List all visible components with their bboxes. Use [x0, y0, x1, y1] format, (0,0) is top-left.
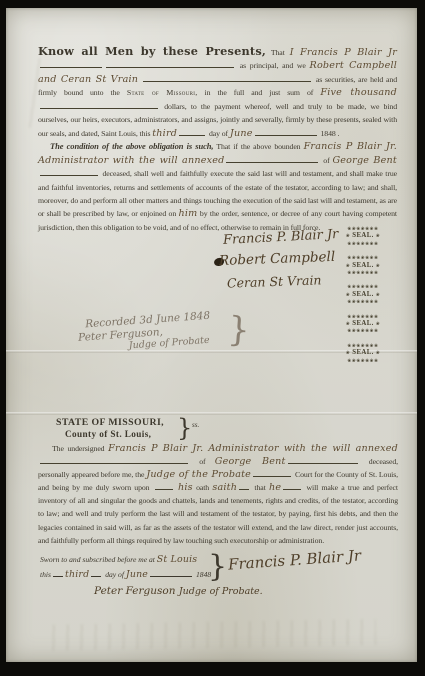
day-of-label: day of: [209, 129, 228, 138]
sworn-signature-francis-blair: Francis P. Blair Jr: [228, 546, 362, 573]
seal-ornament-icon: ❀: [376, 234, 380, 239]
officer-signature: Peter Ferguson Judge of Probate.: [94, 585, 263, 597]
blank-rule: [40, 457, 188, 464]
document-paper: Know all Men by these Presents, That I F…: [6, 8, 417, 662]
bounden-label: That if the above bounden: [216, 142, 300, 151]
that-label: That: [271, 48, 285, 57]
this-label: this: [40, 570, 51, 579]
his-handwriting: his: [178, 482, 193, 493]
seal-ornament-icon: ❀: [376, 322, 380, 327]
bond-paragraph: Know all Men by these Presents, That I F…: [38, 45, 397, 140]
blank-rule: [40, 102, 158, 109]
signature-robert-campbell: Robert Campbell: [214, 249, 336, 269]
blank-rule: [155, 484, 173, 491]
seal-label: SEAL.: [352, 262, 373, 269]
blank-rule: [40, 169, 98, 176]
deceased-name-handwriting: George Bent: [215, 456, 286, 467]
of-label: of: [323, 156, 329, 165]
seal: ❀❀❀❀❀❀❀ ❀ SEAL. ❀ ❀❀❀❀❀❀❀: [344, 285, 382, 305]
recorded-note: Recorded 3d June 1848 Peter Ferguson, Ju…: [85, 310, 212, 356]
ink-showthrough: [46, 619, 376, 651]
seal-ornament-icon: ❀: [346, 293, 350, 298]
appeared-label: personally appeared before me, the: [38, 470, 144, 479]
place-handwriting: St Louis: [157, 554, 198, 565]
seal-ornament-row: ❀❀❀❀❀❀❀: [344, 271, 382, 276]
dollars-label: dollars,: [164, 102, 186, 111]
deceased-label: deceased,: [369, 457, 398, 466]
blank-rule: [91, 570, 101, 576]
seal-label: SEAL.: [352, 232, 373, 239]
seal-ornament-row: ❀❀❀❀❀❀❀: [344, 242, 382, 247]
undersigned-label: The undersigned: [52, 444, 104, 453]
seal-ornament-row: ❀❀❀❀❀❀❀: [344, 329, 382, 334]
sworn-before-label: Sworn to and subscribed before me at: [40, 555, 155, 564]
blank-rule: [106, 62, 234, 69]
seal-label: SEAL.: [352, 291, 373, 298]
blank-rule: [150, 570, 192, 576]
blank-rule: [283, 484, 301, 491]
blank-rule: [288, 457, 358, 464]
sum-handwriting: Five thousand: [320, 87, 397, 98]
blank-rule: [179, 129, 205, 136]
ss-abbreviation: ss.: [192, 421, 199, 429]
blank-rule: [53, 570, 63, 576]
state-heading: STATE OF MISSOURI,: [56, 417, 164, 429]
seal-ornament-icon: ❀: [346, 234, 350, 239]
sworn-day-handwriting: third: [65, 569, 89, 580]
officer-name-handwriting: Peter Ferguson: [94, 585, 176, 597]
seal-ornament-icon: ❀: [346, 351, 350, 356]
curly-brace: }: [227, 309, 251, 350]
condition-lead: The condition of the above obligation is…: [50, 141, 213, 151]
seal-ornament-row: ❀❀❀❀❀❀❀: [344, 359, 382, 364]
state-of-missouri-label: State of Missouri,: [127, 88, 198, 97]
seal-ornament-row: ❀❀❀❀❀❀❀: [344, 300, 382, 305]
saith-handwriting: saith: [212, 482, 237, 493]
fold-crease: [6, 412, 417, 415]
curly-brace: }: [177, 414, 192, 442]
month-handwriting: June: [230, 128, 253, 139]
blank-rule: [143, 75, 311, 82]
condition-paragraph: The condition of the above obligation is…: [38, 140, 397, 234]
day-handwriting: third: [152, 128, 177, 139]
principal-label: as principal, and we: [240, 61, 306, 70]
document-heading: Know all Men by these Presents,: [38, 44, 266, 58]
seal-ornament-icon: ❀: [376, 351, 380, 356]
blank-rule: [253, 471, 291, 478]
bond-section: Know all Men by these Presents, That I F…: [38, 45, 397, 234]
blank-rule: [239, 484, 249, 491]
him-handwriting: him: [179, 208, 198, 219]
seal-label: SEAL.: [352, 320, 373, 327]
court-name-handwriting: Judge of the Probate: [146, 469, 251, 480]
he-handwriting: he: [269, 482, 281, 493]
affidavit-paragraph: The undersigned Francis P Blair Jr. Admi…: [38, 442, 398, 547]
signature-ceran-st-vrain: Ceran St Vrain: [226, 272, 321, 290]
venue-heading: STATE OF MISSOURI, County of St. Louis,: [56, 417, 164, 440]
seal-column: ❀❀❀❀❀❀❀ ❀ SEAL. ❀ ❀❀❀❀❀❀❀ ❀❀❀❀❀❀❀ ❀ SEAL…: [344, 227, 382, 373]
county-heading: County of St. Louis,: [65, 429, 164, 441]
sum-label: in the full and just sum of: [205, 88, 314, 97]
sworn-day-of-label: day of: [105, 570, 124, 579]
year-label: 1848 .: [320, 129, 339, 138]
principal-name-handwriting: I Francis P Blair Jr: [290, 47, 397, 58]
seal: ❀❀❀❀❀❀❀ ❀ SEAL. ❀ ❀❀❀❀❀❀❀: [344, 256, 382, 276]
undersigned-name-handwriting: Francis P Blair Jr. Administrator with t…: [108, 443, 398, 454]
seal-ornament-icon: ❀: [346, 264, 350, 269]
seal: ❀❀❀❀❀❀❀ ❀ SEAL. ❀ ❀❀❀❀❀❀❀: [344, 315, 382, 335]
seal: ❀❀❀❀❀❀❀ ❀ SEAL. ❀ ❀❀❀❀❀❀❀: [344, 227, 382, 247]
blank-rule: [255, 129, 317, 136]
seal-ornament-icon: ❀: [346, 322, 350, 327]
sworn-clause: Sworn to and subscribed before me at St …: [40, 553, 212, 582]
officer-title-handwriting: Judge of Probate.: [179, 586, 263, 597]
blank-rule: [40, 62, 102, 69]
seal-label: SEAL.: [352, 349, 373, 356]
signature-robert-campbell-text: Robert Campbell: [219, 249, 336, 269]
sworn-month-handwriting: June: [126, 569, 148, 580]
seal-ornament-icon: ❀: [376, 264, 380, 269]
oath-label: oath: [196, 483, 209, 492]
deceased-name-handwriting: George Bent: [332, 155, 397, 166]
blank-rule: [226, 156, 318, 163]
seal: ❀❀❀❀❀❀❀ ❀ SEAL. ❀ ❀❀❀❀❀❀❀: [344, 344, 382, 364]
of-label: of: [199, 457, 205, 466]
that-label: that: [254, 483, 265, 492]
curly-brace: }: [208, 549, 227, 584]
seal-ornament-icon: ❀: [376, 293, 380, 298]
